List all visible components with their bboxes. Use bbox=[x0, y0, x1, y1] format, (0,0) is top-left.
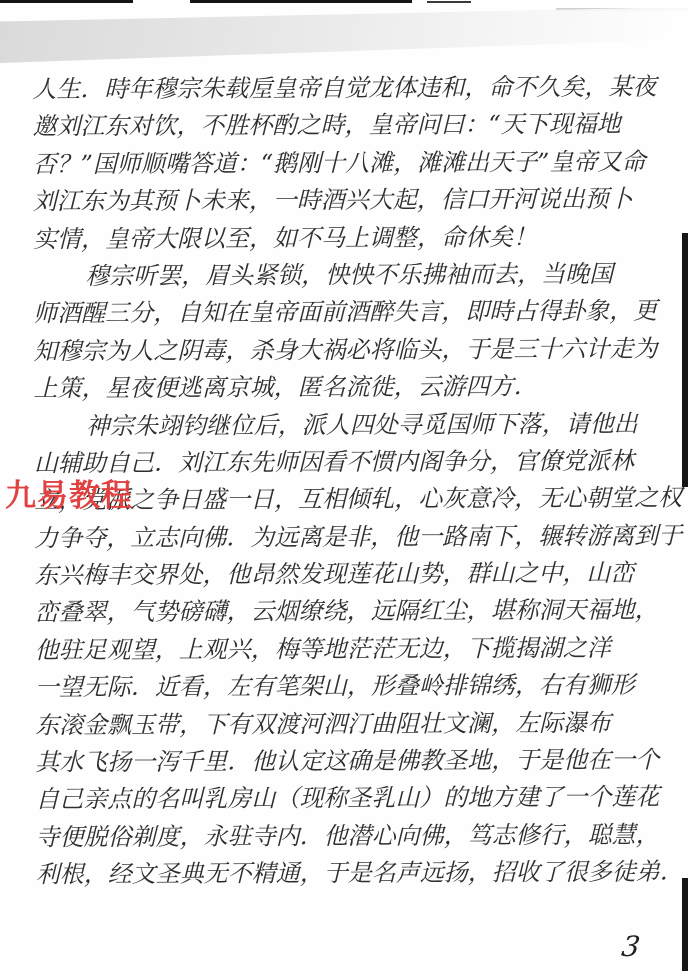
handwritten-line: 人生．時年穆宗朱载垕皇帝自觉龙体违和，命不久矣，某夜 bbox=[32, 69, 672, 109]
handwritten-line: 利根，经文圣典无不精通，于是名声远扬，招收了很多徒弟． bbox=[36, 854, 676, 894]
scan-shadow-band bbox=[0, 7, 688, 63]
handwritten-line: 知穆宗为人之阴毒，杀身大祸必将临头，于是三十六计走为 bbox=[33, 330, 673, 370]
handwritten-line: 邀刘江东对饮，不胜杯酌之時，皇帝问曰：“天下现福地 bbox=[32, 106, 672, 146]
scanned-page: 人生．時年穆宗朱载垕皇帝自觉龙体违和，命不久矣，某夜 邀刘江东对饮，不胜杯酌之時… bbox=[0, 0, 688, 971]
scan-artifact-right-bar-lower bbox=[682, 878, 688, 971]
handwritten-line: 自己亲点的名叫乳房山（现称圣乳山）的地方建了一个莲花 bbox=[35, 779, 675, 819]
handwritten-line: 上策，星夜便逃离京城，匿名流徙，云游四方． bbox=[34, 368, 674, 408]
scan-artifact-top-small bbox=[427, 1, 471, 3]
handwritten-line: 峦叠翠，气势磅礴，云烟缭绕，远隔红尘，堪称洞天福地， bbox=[34, 592, 674, 632]
handwritten-line: 刘江东为其预卜未来，一時酒兴大起，信口开河说出预卜 bbox=[33, 181, 673, 221]
handwritten-line: 寺便脱俗剃度，永驻寺内．他潜心向佛，笃志修行，聪慧， bbox=[35, 816, 675, 856]
handwritten-line: 东兴梅丰交界处，他昂然发现莲花山势，群山之中，山峦 bbox=[34, 555, 674, 595]
handwritten-line: 力争夺，立志向佛．为远离是非，他一路南下，辗转游离到于 bbox=[34, 517, 674, 557]
scan-artifact-top-middle bbox=[190, 0, 412, 3]
page-number: 3 bbox=[620, 930, 642, 963]
handwritten-line: 一望无际．近看，左有笔架山，形叠岭排锦绣，右有狮形 bbox=[35, 667, 675, 707]
handwritten-line: 实情，皇帝大限以至，如不马上调整，命休矣！ bbox=[33, 218, 673, 258]
watermark-text: 九易教程 bbox=[5, 470, 133, 515]
handwritten-line: 师酒醒三分，自知在皇帝面前酒醉失言，即時占得卦象，更 bbox=[33, 293, 673, 333]
handwritten-line: 东滚金飘玉带，下有双渡河泗汀曲阻壮文澜，左际瀑布 bbox=[35, 704, 675, 744]
scan-artifact-right-bar-upper bbox=[682, 233, 688, 487]
handwritten-line: 穆宗听罢，眉头紧锁，怏怏不乐拂袖而去，当晚国 bbox=[33, 256, 673, 296]
handwritten-line: 否？”国师顺嘴答道：“鹅刚十八滩，滩滩出天子”皇帝又命 bbox=[33, 143, 673, 183]
scan-artifact-top-left bbox=[0, 0, 133, 3]
handwritten-line: 神宗朱翊钧继位后，派人四处寻觅国师下落，请他出 bbox=[34, 405, 674, 445]
handwritten-line: 其水飞扬一泻千里．他认定这确是佛教圣地，于是他在一个 bbox=[35, 742, 675, 782]
handwritten-line: 他驻足观望，上观兴，梅等地茫茫无边，下揽揭湖之洋 bbox=[35, 629, 675, 669]
